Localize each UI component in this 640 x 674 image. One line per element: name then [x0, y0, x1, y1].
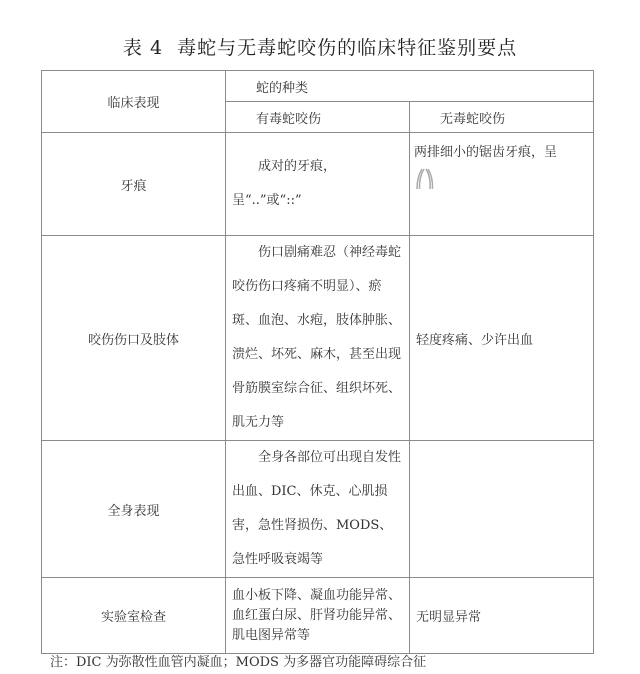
- row-label: 实验室检查: [42, 578, 226, 654]
- row-label: 咬伤伤口及肢体: [42, 236, 226, 441]
- curved-teeth-marks-icon: [414, 167, 434, 198]
- table-number: 表 4: [123, 37, 163, 59]
- comparison-table: 临床表现 蛇的种类 有毒蛇咬伤 无毒蛇咬伤 牙痕 成对的牙痕，呈“..”或“::…: [41, 70, 594, 654]
- nonvenomous-text: 两排细小的锯齿牙痕，呈: [414, 145, 557, 160]
- table-title: 表 4毒蛇与无毒蛇咬伤的临床特征鉴别要点: [0, 33, 640, 60]
- table-row: 咬伤伤口及肢体 伤口剧痛难忍（神经毒蛇咬伤伤口疼痛不明显）、瘀斑、血泡、水疱，肢…: [42, 236, 594, 441]
- venomous-cell: 成对的牙痕，呈“..”或“::”: [226, 133, 410, 236]
- header-snake-type: 蛇的种类: [226, 71, 594, 102]
- venomous-cell: 全身各部位可出现自发性出血、DIC、休克、心肌损害，急性肾损伤、MODS、急性呼…: [226, 441, 410, 578]
- venomous-cell: 伤口剧痛难忍（神经毒蛇咬伤伤口疼痛不明显）、瘀斑、血泡、水疱，肢体肿胀、溃烂、坏…: [226, 236, 410, 441]
- nonvenomous-cell: 轻度疼痛、少许出血: [410, 236, 594, 441]
- nonvenomous-cell: [410, 441, 594, 578]
- venomous-cell: 血小板下降、凝血功能异常、血红蛋白尿、肝肾功能异常、肌电图异常等: [226, 578, 410, 654]
- footnote: 注：DIC 为弥散性血管内凝血；MODS 为多器官功能障碍综合征: [50, 651, 426, 670]
- header-venomous: 有毒蛇咬伤: [226, 102, 410, 133]
- row-label: 全身表现: [42, 441, 226, 578]
- table-title-text: 毒蛇与无毒蛇咬伤的临床特征鉴别要点: [177, 37, 517, 59]
- header-clinical-manifestation: 临床表现: [42, 71, 226, 133]
- row-label: 牙痕: [42, 133, 226, 236]
- header-row: 临床表现 蛇的种类: [42, 71, 594, 102]
- nonvenomous-cell: 两排细小的锯齿牙痕，呈: [410, 133, 594, 236]
- header-nonvenomous: 无毒蛇咬伤: [410, 102, 594, 133]
- table-row: 牙痕 成对的牙痕，呈“..”或“::” 两排细小的锯齿牙痕，呈: [42, 133, 594, 236]
- table-row: 全身表现 全身各部位可出现自发性出血、DIC、休克、心肌损害，急性肾损伤、MOD…: [42, 441, 594, 578]
- table-row: 实验室检查 血小板下降、凝血功能异常、血红蛋白尿、肝肾功能异常、肌电图异常等 无…: [42, 578, 594, 654]
- nonvenomous-cell: 无明显异常: [410, 578, 594, 654]
